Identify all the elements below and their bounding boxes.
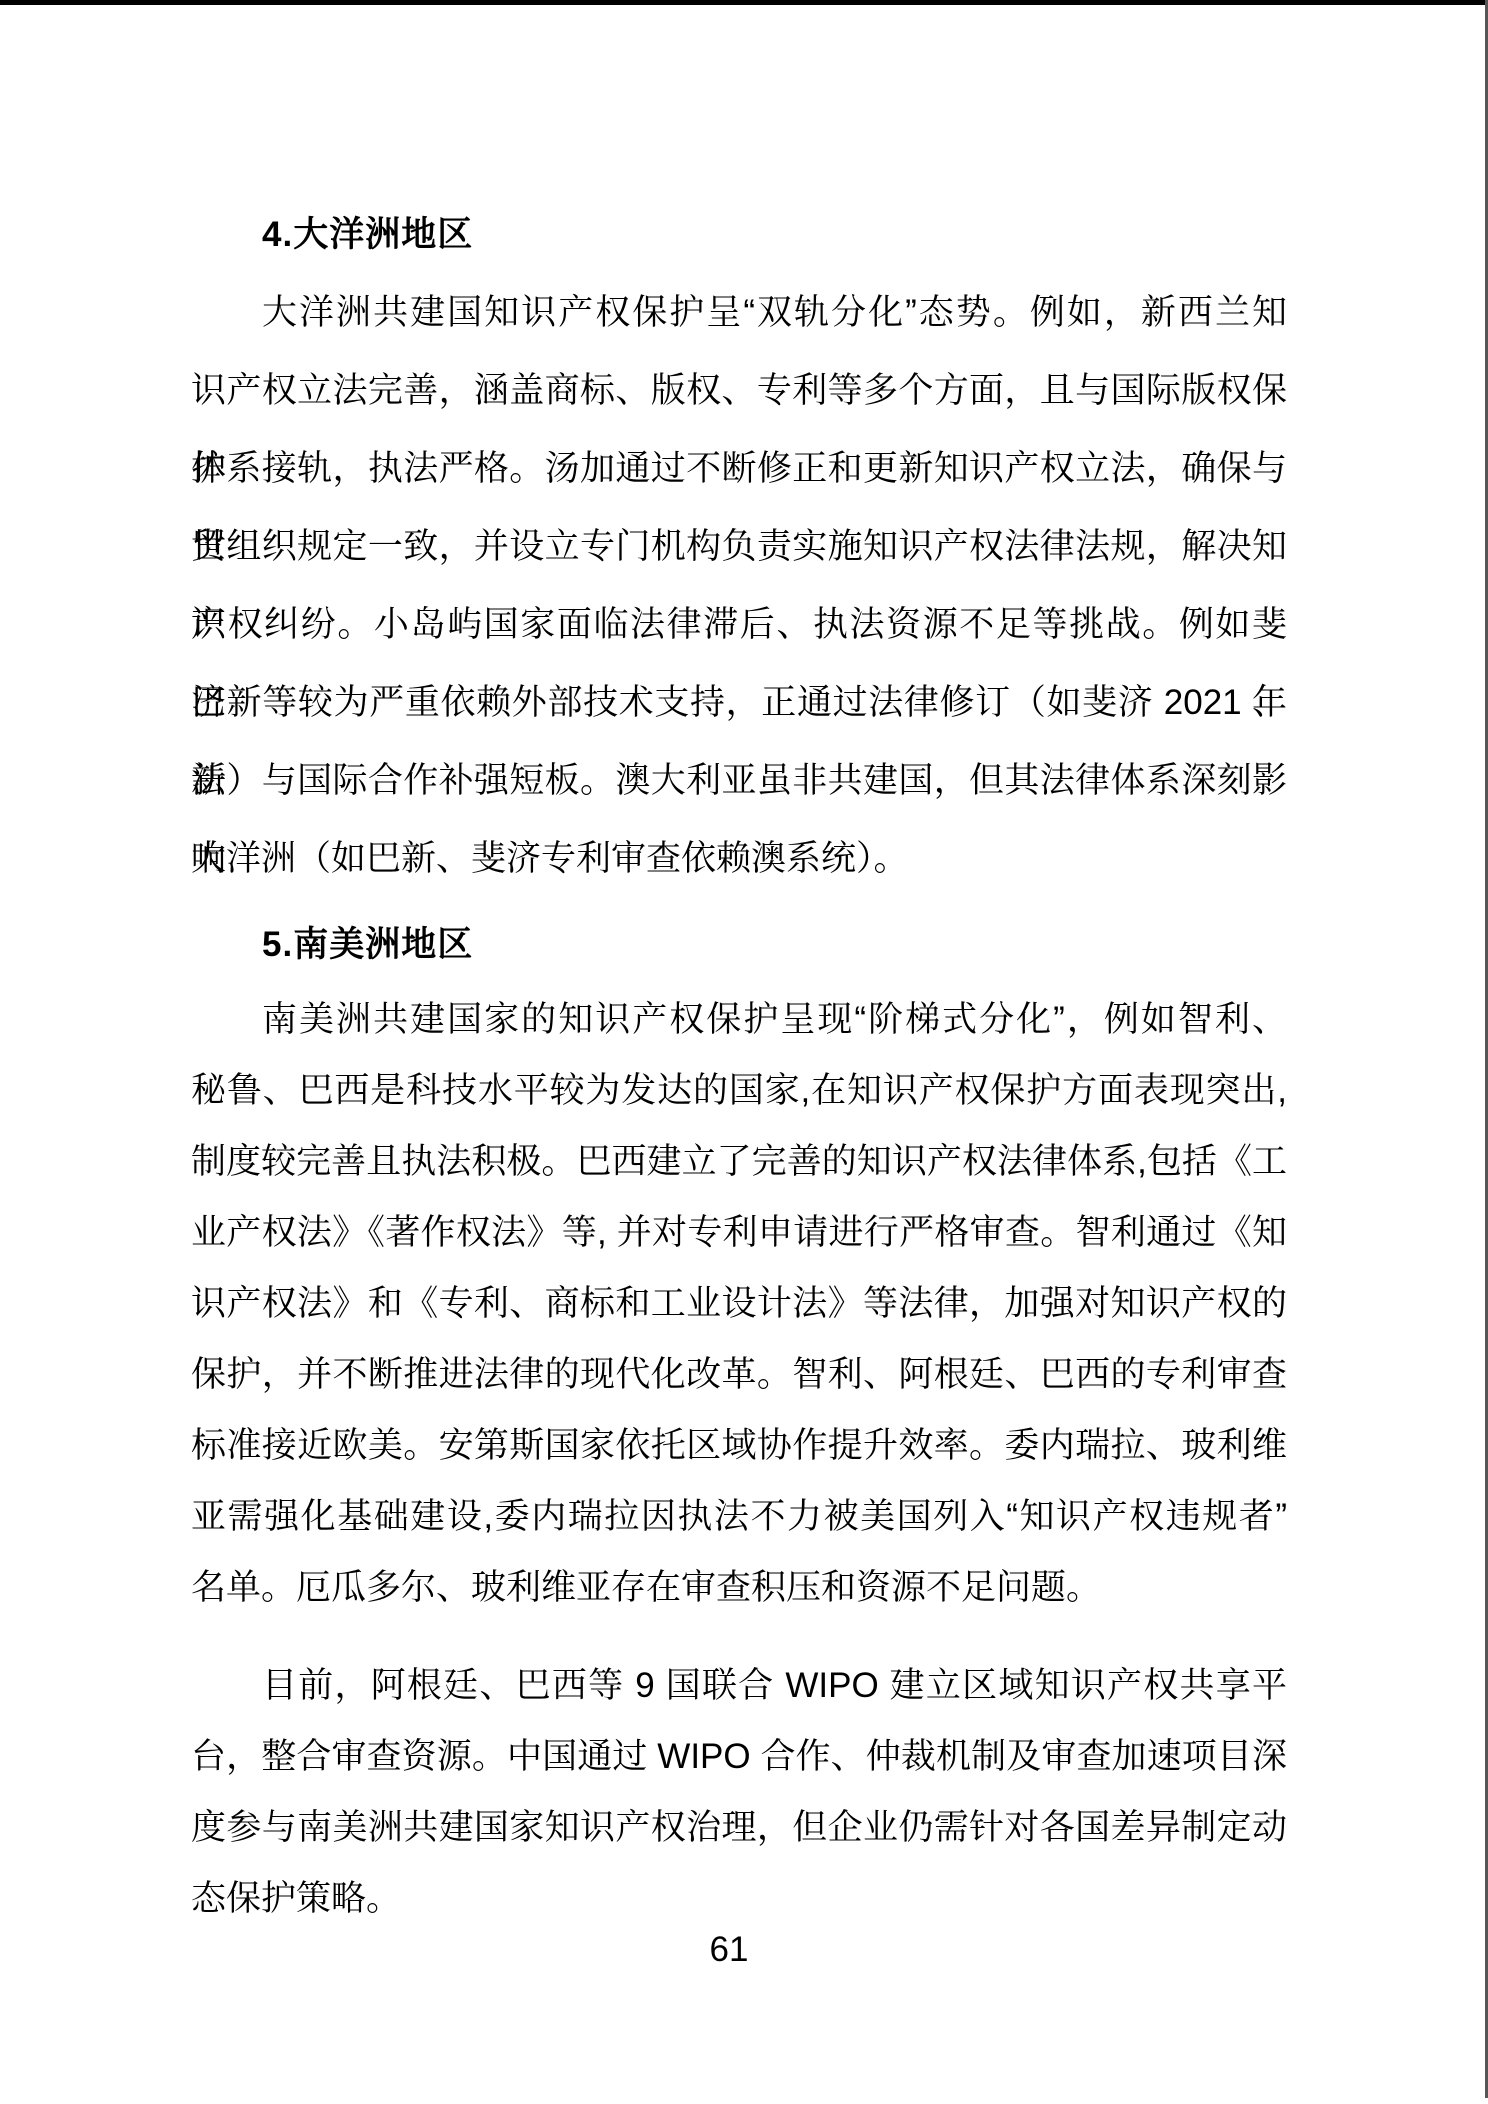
text-line: 台，整合审查资源。中国通过 WIPO 合作、仲裁机制及审查加速项目深 xyxy=(191,1721,1287,1792)
text-line: 巴新等较为严重依赖外部技术支持，正通过法律修订（如斐济 2021 年新 xyxy=(191,664,1287,742)
section-5-heading: 5.南美洲地区 xyxy=(191,906,1287,984)
text-line: 态保护策略。 xyxy=(191,1863,1287,1934)
text-line: 业产权法》《著作权法》等, 并对专利申请进行严格审查。智利通过《知 xyxy=(191,1197,1287,1268)
text-line: 度参与南美洲共建国家知识产权治理，但企业仍需针对各国差异制定动 xyxy=(191,1792,1287,1863)
document-page: 4.大洋洲地区 大洋洲共建国知识产权保护呈“双轨分化”态势。例如，新西兰知 识产… xyxy=(0,0,1488,2104)
page-top-border xyxy=(0,0,1488,5)
text-line: 目前，阿根廷、巴西等 9 国联合 WIPO 建立区域知识产权共享平 xyxy=(191,1650,1287,1721)
text-line: 识产权立法完善，涵盖商标、版权、专利等多个方面，且与国际版权保护 xyxy=(191,352,1287,430)
page-number: 61 xyxy=(0,1928,1458,1972)
section-4-paragraph-1: 大洋洲共建国知识产权保护呈“双轨分化”态势。例如，新西兰知 识产权立法完善，涵盖… xyxy=(191,274,1287,898)
text-line: 南美洲共建国家的知识产权保护呈现“阶梯式分化”，例如智利、 xyxy=(191,984,1287,1055)
text-line: 大洋洲共建国知识产权保护呈“双轨分化”态势。例如，新西兰知 xyxy=(191,274,1287,352)
text-line: 标准接近欧美。安第斯国家依托区域协作提升效率。委内瑞拉、玻利维 xyxy=(191,1410,1287,1481)
text-line: 保护，并不断推进法律的现代化改革。智利、阿根廷、巴西的专利审查 xyxy=(191,1339,1287,1410)
text-line: 制度较完善且执法积极。巴西建立了完善的知识产权法律体系,包括《工 xyxy=(191,1126,1287,1197)
page-content: 4.大洋洲地区 大洋洲共建国知识产权保护呈“双轨分化”态势。例如，新西兰知 识产… xyxy=(191,196,1287,1934)
section-5-paragraph-2: 目前，阿根廷、巴西等 9 国联合 WIPO 建立区域知识产权共享平 台，整合审查… xyxy=(191,1650,1287,1934)
text-line: 名单。厄瓜多尔、玻利维亚存在审查积压和资源不足问题。 xyxy=(191,1552,1287,1623)
text-line: 法）与国际合作补强短板。澳大利亚虽非共建国，但其法律体系深刻影响 xyxy=(191,742,1287,820)
text-line: 产权纠纷。小岛屿国家面临法律滞后、执法资源不足等挑战。例如斐济、 xyxy=(191,586,1287,664)
text-line: 识产权法》和《专利、商标和工业设计法》等法律，加强对知识产权的 xyxy=(191,1268,1287,1339)
section-4-heading: 4.大洋洲地区 xyxy=(191,196,1287,274)
text-line: 体系接轨，执法严格。汤加通过不断修正和更新知识产权立法，确保与世 xyxy=(191,430,1287,508)
section-5-paragraph-1: 南美洲共建国家的知识产权保护呈现“阶梯式分化”，例如智利、 秘鲁、巴西是科技水平… xyxy=(191,984,1287,1623)
text-line: 亚需强化基础建设,委内瑞拉因执法不力被美国列入“知识产权违规者” xyxy=(191,1481,1287,1552)
text-line: 秘鲁、巴西是科技水平较为发达的国家,在知识产权保护方面表现突出, xyxy=(191,1055,1287,1126)
text-line: 贸组织规定一致，并设立专门机构负责实施知识产权法律法规，解决知识 xyxy=(191,508,1287,586)
text-line: 大洋洲（如巴新、斐济专利审查依赖澳系统）。 xyxy=(191,820,1287,898)
